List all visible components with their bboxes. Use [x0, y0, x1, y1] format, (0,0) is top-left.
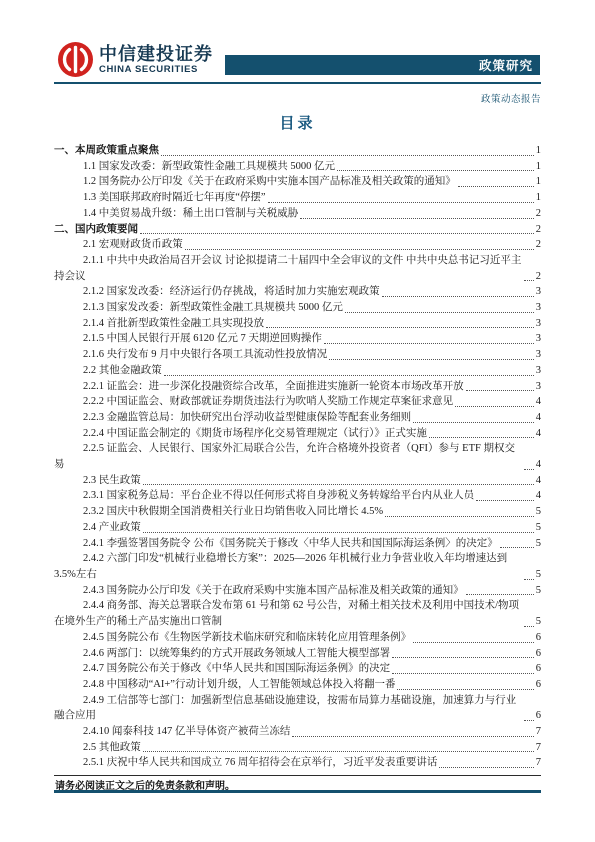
toc-leader-dots [382, 296, 534, 297]
toc-list: 一、本周政策重点聚焦11.1 国家发改委：新型政策性金融工具规模共 5000 亿… [54, 143, 541, 771]
toc-entry-text: 2.4 产业政策 [54, 520, 141, 536]
section-banner-label: 政策研究 [479, 56, 533, 74]
toc-entry[interactable]: 1.1 国家发改委：新型政策性金融工具规模共 5000 亿元1 [54, 159, 541, 175]
toc-entry[interactable]: 2.2 其他金融政策3 [54, 363, 541, 379]
brand-name-cn: 中信建投证券 [99, 44, 213, 64]
toc-page-number: 5 [536, 614, 541, 630]
toc-entry-text: 2.4.3 国务院办公厅印发《关于在政府采购中实施本国产品标准及相关政策的通知》 [54, 583, 464, 599]
toc-leader-dots [524, 579, 534, 580]
toc-entry-text: 2.4.4 商务部、海关总署联合发布第 61 号和第 62 号公告，对稀土相关技… [54, 598, 522, 629]
toc-entry[interactable]: 2.4.8 中国移动“AI+”行动计划升级，人工智能领域总体投入将翻一番6 [54, 677, 541, 693]
toc-page-number: 3 [536, 316, 541, 332]
toc-entry-text: 2.1.3 国家发改委：新型政策性金融工具规模共 5000 亿元 [54, 300, 343, 316]
toc-page-number: 4 [536, 488, 541, 504]
toc-page-number: 1 [536, 190, 541, 206]
toc-leader-dots [500, 547, 534, 548]
toc-entry[interactable]: 2.1.3 国家发改委：新型政策性金融工具规模共 5000 亿元3 [54, 300, 541, 316]
toc-entry-text: 2.4.6 两部门：以统筹集约的方式开展政务领域人工智能大模型部署 [54, 646, 390, 662]
toc-leader-dots [164, 375, 534, 376]
toc-leader-dots [455, 406, 534, 407]
toc-page-number: 3 [536, 331, 541, 347]
toc-leader-dots [458, 186, 534, 187]
toc-entry-text: 2.4.5 国务院公布《生物医学新技术临床研究和临床转化应用管理条例》 [54, 630, 411, 646]
toc-entry-text: 2.1.5 中国人民银行开展 6120 亿元 7 天期逆回购操作 [54, 331, 322, 347]
toc-page-number: 7 [536, 724, 541, 740]
toc-page-number: 5 [536, 504, 541, 520]
toc-page-number: 1 [536, 143, 541, 159]
toc-entry[interactable]: 2.3.1 国家税务总局：平台企业不得以任何形式将自身涉税义务转嫁给平台内从业人… [54, 488, 541, 504]
toc-leader-dots [429, 437, 534, 438]
toc-entry[interactable]: 2.2.2 中国证监会、财政部就证券期货违法行为吹哨人奖励工作规定草案征求意见4 [54, 394, 541, 410]
toc-entry[interactable]: 2.3.2 国庆中秋假期全国消费相关行业日均销售收入同比增长 4.5%5 [54, 504, 541, 520]
toc-entry[interactable]: 2.4 产业政策5 [54, 520, 541, 536]
toc-page-number: 5 [536, 567, 541, 583]
toc-entry[interactable]: 2.4.6 两部门：以统筹集约的方式开展政务领域人工智能大模型部署6 [54, 646, 541, 662]
toc-leader-dots [385, 516, 534, 517]
toc-entry-text: 2.3 民生政策 [54, 473, 141, 489]
toc-entry[interactable]: 2.4.7 国务院公布关于修改《中华人民共和国国际海运条例》的决定6 [54, 661, 541, 677]
toc-entry-text: 1.3 美国联邦政府时隔近七年再度“停摆” [54, 190, 266, 206]
toc-leader-dots [143, 751, 534, 752]
toc-entry-text: 2.4.2 六部门印发“机械行业稳增长方案”：2025—2026 年机械行业力争… [54, 551, 522, 582]
toc-leader-dots [329, 359, 534, 360]
toc-leader-dots [292, 736, 533, 737]
toc-page-number: 5 [536, 520, 541, 536]
toc-title: 目录 [0, 112, 595, 133]
toc-leader-dots [185, 249, 534, 250]
toc-leader-dots [268, 202, 534, 203]
toc-page-number: 7 [536, 755, 541, 771]
toc-entry[interactable]: 2.1.2 国家发改委：经济运行仍存挑战，将适时加力实施宏观政策3 [54, 284, 541, 300]
toc-leader-dots [324, 343, 534, 344]
toc-page-number: 6 [536, 661, 541, 677]
toc-entry-text: 2.4.9 工信部等七部门：加强新型信息基础设施建设，按需布局算力基础设施，加速… [54, 693, 522, 724]
toc-entry-text: 2.4.8 中国移动“AI+”行动计划升级，人工智能领域总体投入将翻一番 [54, 677, 395, 693]
toc-leader-dots [524, 626, 534, 627]
toc-entry-text: 2.5 其他政策 [54, 740, 141, 756]
toc-page-number: 4 [536, 473, 541, 489]
toc-entry-text: 2.5.1 庆祝中华人民共和国成立 76 周年招待会在京举行，习近平发表重要讲话 [54, 755, 437, 771]
toc-entry[interactable]: 2.5.1 庆祝中华人民共和国成立 76 周年招待会在京举行，习近平发表重要讲话… [54, 755, 541, 771]
toc-leader-dots [524, 280, 534, 281]
toc-page-number: 3 [536, 300, 541, 316]
toc-page-number: 3 [536, 363, 541, 379]
toc-entry[interactable]: 2.2.5 证监会、人民银行、国家外汇局联合公告，允许合格境外投资者（QFI）参… [54, 441, 541, 472]
toc-leader-dots [466, 594, 534, 595]
toc-page-number: 7 [536, 740, 541, 756]
footer-divider-bottom [54, 790, 541, 793]
toc-entry-text: 2.1 宏观财政货币政策 [54, 237, 183, 253]
toc-entry-text: 2.2.5 证监会、人民银行、国家外汇局联合公告，允许合格境外投资者（QFI）参… [54, 441, 522, 472]
toc-entry[interactable]: 2.1.6 央行发布 9 月中央银行各项工具流动性投放情况3 [54, 347, 541, 363]
toc-page-number: 6 [536, 677, 541, 693]
toc-page-number: 2 [536, 237, 541, 253]
toc-page-number: 6 [536, 630, 541, 646]
toc-leader-dots [413, 422, 534, 423]
toc-entry-text: 2.3.1 国家税务总局：平台企业不得以任何形式将自身涉税义务转嫁给平台内从业人… [54, 488, 474, 504]
toc-entry-text: 1.2 国务院办公厅印发《关于在政府采购中实施本国产品标准及相关政策的通知》 [54, 174, 456, 190]
toc-entry[interactable]: 2.4.9 工信部等七部门：加强新型信息基础设施建设，按需布局算力基础设施，加速… [54, 693, 541, 724]
toc-entry-text: 二、国内政策要闻 [54, 222, 138, 238]
brand-text: 中信建投证券 CHINA SECURITIES [99, 44, 213, 75]
toc-entry[interactable]: 2.5 其他政策7 [54, 740, 541, 756]
toc-entry[interactable]: 2.2.4 中国证监会制定的《期货市场程序化交易管理规定（试行）》正式实施4 [54, 426, 541, 442]
toc-page-number: 4 [536, 457, 541, 473]
toc-entry-text: 2.2.3 金融监管总局：加快研究出台浮动收益型健康保险等配套业务细则 [54, 410, 411, 426]
toc-entry-text: 2.2.2 中国证监会、财政部就证券期货违法行为吹哨人奖励工作规定草案征求意见 [54, 394, 453, 410]
toc-page-number: 6 [536, 708, 541, 724]
report-page: 中信建投证券 CHINA SECURITIES 政策研究 政策动态报告 目录 一… [0, 0, 595, 842]
toc-leader-dots [345, 312, 534, 313]
footer-divider-top [54, 775, 541, 776]
toc-entry[interactable]: 1.3 美国联邦政府时隔近七年再度“停摆”1 [54, 190, 541, 206]
toc-entry-text: 2.4.10 闻泰科技 147 亿半导体资产被荷兰冻结 [54, 724, 290, 740]
toc-leader-dots [143, 532, 534, 533]
toc-leader-dots [466, 390, 534, 391]
toc-page-number: 4 [536, 394, 541, 410]
toc-entry[interactable]: 2.4.2 六部门印发“机械行业稳增长方案”：2025—2026 年机械行业力争… [54, 551, 541, 582]
toc-entry[interactable]: 2.4.4 商务部、海关总署联合发布第 61 号和第 62 号公告，对稀土相关技… [54, 598, 541, 629]
toc-leader-dots [392, 657, 534, 658]
toc-page-number: 2 [536, 269, 541, 285]
toc-entry-text: 2.2.4 中国证监会制定的《期货市场程序化交易管理规定（试行）》正式实施 [54, 426, 427, 442]
toc-page-number: 5 [536, 583, 541, 599]
toc-entry[interactable]: 二、国内政策要闻2 [54, 222, 541, 238]
toc-entry[interactable]: 2.4.3 国务院办公厅印发《关于在政府采购中实施本国产品标准及相关政策的通知》… [54, 583, 541, 599]
toc-entry-text: 2.2 其他金融政策 [54, 363, 162, 379]
toc-leader-dots [413, 642, 534, 643]
toc-leader-dots [266, 327, 534, 328]
toc-entry-text: 1.1 国家发改委：新型政策性金融工具规模共 5000 亿元 [54, 159, 335, 175]
toc-entry[interactable]: 1.2 国务院办公厅印发《关于在政府采购中实施本国产品标准及相关政策的通知》1 [54, 174, 541, 190]
toc-entry-text: 2.3.2 国庆中秋假期全国消费相关行业日均销售收入同比增长 4.5% [54, 504, 383, 520]
toc-page-number: 2 [536, 222, 541, 238]
citic-securities-logo-icon [57, 41, 94, 78]
toc-entry[interactable]: 2.1.1 中共中央政治局召开会议 讨论拟提请二十届四中全会审议的文件 中共中央… [54, 253, 541, 284]
toc-entry[interactable]: 2.1.5 中国人民银行开展 6120 亿元 7 天期逆回购操作3 [54, 331, 541, 347]
toc-leader-dots [392, 673, 534, 674]
toc-page-number: 5 [536, 536, 541, 552]
toc-entry-text: 2.1.2 国家发改委：经济运行仍存挑战，将适时加力实施宏观政策 [54, 284, 380, 300]
toc-entry-text: 2.2.1 证监会：进一步深化投融资综合改革，全面推进实施新一轮资本市场改革开放 [54, 379, 464, 395]
brand-name-en: CHINA SECURITIES [99, 64, 213, 75]
toc-page-number: 3 [536, 379, 541, 395]
toc-leader-dots [476, 500, 534, 501]
toc-page-number: 1 [536, 174, 541, 190]
toc-entry-text: 2.4.7 国务院公布关于修改《中华人民共和国国际海运条例》的决定 [54, 661, 390, 677]
toc-entry[interactable]: 2.4.1 李强签署国务院令 公布《国务院关于修改〈中华人民共和国国际海运条例〉… [54, 536, 541, 552]
toc-page-number: 4 [536, 426, 541, 442]
toc-entry-text: 2.1.4 首批新型政策性金融工具实现投放 [54, 316, 264, 332]
toc-entry[interactable]: 2.4.5 国务院公布《生物医学新技术临床研究和临床转化应用管理条例》6 [54, 630, 541, 646]
toc-page-number: 3 [536, 347, 541, 363]
header-divider [54, 82, 541, 84]
toc-entry[interactable]: 2.2.3 金融监管总局：加快研究出台浮动收益型健康保险等配套业务细则4 [54, 410, 541, 426]
toc-leader-dots [140, 233, 534, 234]
toc-leader-dots [300, 218, 534, 219]
toc-page-number: 4 [536, 410, 541, 426]
toc-entry[interactable]: 2.1.4 首批新型政策性金融工具实现投放3 [54, 316, 541, 332]
toc-entry[interactable]: 1.4 中美贸易战升级：稀土出口管制与关税威胁2 [54, 206, 541, 222]
section-banner: 政策研究 [225, 55, 540, 75]
brand-block: 中信建投证券 CHINA SECURITIES [57, 41, 213, 78]
toc-page-number: 1 [536, 159, 541, 175]
toc-entry-text: 2.1.1 中共中央政治局召开会议 讨论拟提请二十届四中全会审议的文件 中共中央… [54, 253, 522, 284]
toc-leader-dots [397, 689, 533, 690]
toc-leader-dots [143, 484, 534, 485]
toc-leader-dots [524, 469, 534, 470]
toc-entry-text: 2.4.1 李强签署国务院令 公布《国务院关于修改〈中华人民共和国国际海运条例〉… [54, 536, 498, 552]
toc-entry-text: 1.4 中美贸易战升级：稀土出口管制与关税威胁 [54, 206, 298, 222]
toc-entry[interactable]: 2.3 民生政策4 [54, 473, 541, 489]
report-type-label: 政策动态报告 [481, 91, 541, 105]
toc-entry[interactable]: 一、本周政策重点聚焦1 [54, 143, 541, 159]
toc-leader-dots [524, 720, 534, 721]
toc-entry[interactable]: 2.2.1 证监会：进一步深化投融资综合改革，全面推进实施新一轮资本市场改革开放… [54, 379, 541, 395]
toc-entry-text: 2.1.6 央行发布 9 月中央银行各项工具流动性投放情况 [54, 347, 327, 363]
toc-leader-dots [439, 767, 533, 768]
toc-entry[interactable]: 2.1 宏观财政货币政策2 [54, 237, 541, 253]
toc-page-number: 3 [536, 284, 541, 300]
toc-leader-dots [337, 170, 534, 171]
toc-entry[interactable]: 2.4.10 闻泰科技 147 亿半导体资产被荷兰冻结7 [54, 724, 541, 740]
toc-page-number: 6 [536, 646, 541, 662]
toc-entry-text: 一、本周政策重点聚焦 [54, 143, 159, 159]
toc-page-number: 2 [536, 206, 541, 222]
toc-leader-dots [161, 155, 534, 156]
